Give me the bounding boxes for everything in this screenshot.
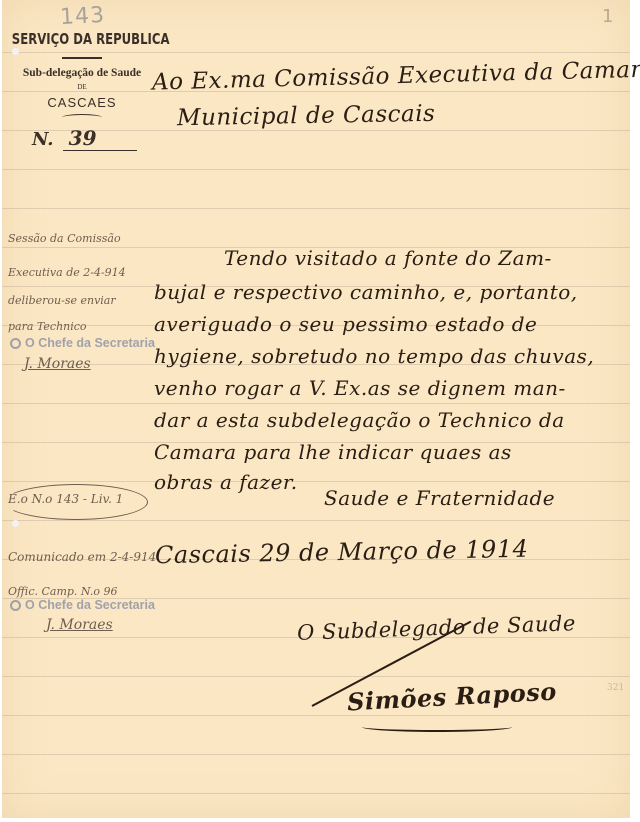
body-line: obras a fazer.	[154, 470, 298, 494]
body-line: averiguado o seu pessimo estado de	[154, 312, 537, 336]
signature: Simões Raposo	[346, 677, 557, 717]
divider	[62, 57, 102, 59]
number-value: 39	[63, 126, 137, 151]
faint-pencil-mark: 321	[607, 683, 624, 693]
letterhead-title: SERVIÇO DA REPUBLICA	[12, 30, 152, 48]
stamp-circle-icon	[10, 600, 21, 611]
body-line: dar a esta subdelegação o Technico da	[154, 408, 565, 432]
secretary-initials: J. Moraes	[46, 617, 113, 633]
punch-hole	[12, 520, 19, 527]
addressee-line-2: Municipal de Cascais	[177, 101, 436, 132]
margin-note: deliberou-se enviar	[8, 294, 116, 307]
secretary-stamp: O Chefe da Secretaria	[10, 598, 155, 612]
body-line: Camara para lhe indicar quaes as	[154, 440, 512, 464]
signature-underline	[362, 722, 512, 732]
letterhead: SERVIÇO DA REPUBLICA Sub-delegação de Sa…	[12, 30, 152, 121]
stamp-text: O Chefe da Secretaria	[25, 598, 155, 612]
margin-note: para Technico	[8, 320, 87, 333]
letterhead-city: CASCAES	[12, 95, 152, 110]
letter-page: 143 1 SERVIÇO DA REPUBLICA Sub-delegação…	[2, 0, 630, 818]
number-label: N.	[32, 129, 54, 150]
letterhead-subtitle: Sub-delegação de Saude	[12, 67, 152, 79]
archive-number: 143	[59, 3, 105, 30]
registry-note: E.o N.o 143 - Liv. 1	[8, 492, 123, 506]
document-number: N. 39	[32, 126, 137, 151]
flourish-ornament	[62, 114, 102, 121]
stamp-text: O Chefe da Secretaria	[25, 336, 155, 350]
margin-note: Sessão da Comissão	[8, 232, 121, 245]
addressee-line-1: Ao Ex.ma Comissão Executiva da Camara	[152, 56, 640, 95]
body-line: bujal e respectivo caminho, e, portanto,	[154, 280, 578, 304]
margin-note: Offic. Camp. N.o 96	[8, 585, 117, 598]
date-line: Cascais 29 de Março de 1914	[155, 535, 529, 570]
margin-note: Comunicado em 2-4-914	[8, 550, 156, 564]
stamp-circle-icon	[10, 338, 21, 349]
margin-note: Executiva de 2-4-914	[8, 266, 126, 279]
secretary-stamp: O Chefe da Secretaria	[10, 336, 155, 350]
page-number: 1	[602, 6, 613, 27]
secretary-initials: J. Moraes	[24, 356, 91, 372]
closing-salutation: Saude e Fraternidade	[324, 486, 555, 510]
body-line: venho rogar a V. Ex.as se dignem man-	[154, 376, 566, 400]
body-line: Tendo visitado a fonte do Zam-	[224, 246, 552, 270]
body-line: hygiene, sobretudo no tempo das chuvas,	[154, 344, 594, 368]
letterhead-connector: DE	[12, 83, 152, 91]
